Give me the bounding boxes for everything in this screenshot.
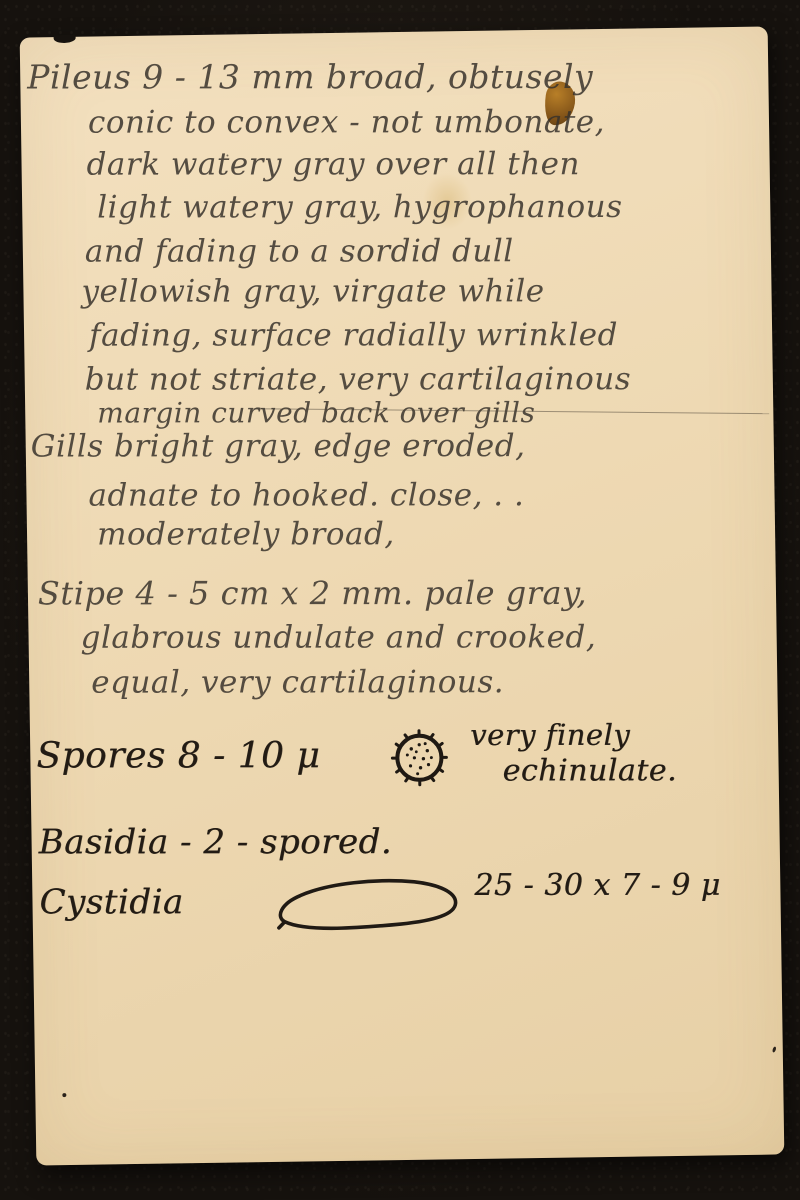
hw-line-spores: Spores 8 - 10 μ bbox=[36, 738, 320, 774]
card-speck bbox=[226, 155, 228, 157]
hw-line-gills-2: adnate to hooked. close, . . bbox=[88, 480, 524, 511]
hw-line-cystidia-size: 25 - 30 x 7 - 9 μ bbox=[474, 871, 720, 901]
hw-line-pileus-9-struck: margin curved back over gills bbox=[97, 399, 535, 427]
hw-line-gills-1: Gills bright gray, edge eroded, bbox=[31, 431, 526, 462]
hw-line-pileus-4: light watery gray, hygrophanous bbox=[97, 192, 622, 223]
hw-line-stipe-1: Stipe 4 - 5 cm x 2 mm. pale gray, bbox=[38, 577, 587, 609]
card-speck bbox=[62, 1093, 66, 1097]
cystidium-sketch-icon bbox=[272, 875, 463, 936]
hw-line-spores-note-1: very finely bbox=[470, 721, 630, 750]
note-card: Pileus 9 - 13 mm broad, obtusely conic t… bbox=[20, 27, 785, 1166]
hw-line-pileus-6: yellowish gray, virgate while bbox=[81, 276, 544, 307]
hw-line-stipe-3: equal, very cartilaginous. bbox=[91, 667, 504, 698]
hw-line-gills-3: moderately broad, bbox=[97, 519, 395, 550]
hw-line-pileus-3: dark watery gray over all then bbox=[87, 149, 580, 180]
hw-line-cystidia: Cystidia bbox=[39, 885, 183, 919]
hw-line-pileus-5: and fading to a sordid dull bbox=[85, 236, 514, 267]
hw-line-spores-note-2: echinulate. bbox=[503, 756, 677, 786]
card-speck bbox=[772, 1046, 777, 1053]
hw-line-pileus-8: but not striate, very cartilaginous bbox=[85, 364, 631, 395]
hw-line-basidia: Basidia - 2 - spored. bbox=[39, 825, 392, 859]
spore-sketch-icon bbox=[386, 723, 453, 790]
hw-line-pileus-2: conic to convex - not umbonate, bbox=[88, 107, 605, 138]
hw-line-stipe-2: glabrous undulate and crooked, bbox=[81, 622, 597, 653]
card-edge-notch bbox=[54, 34, 76, 43]
hw-line-pileus-1: Pileus 9 - 13 mm broad, obtusely bbox=[27, 60, 593, 93]
hw-line-pileus-7: fading, surface radially wrinkled bbox=[89, 320, 618, 351]
